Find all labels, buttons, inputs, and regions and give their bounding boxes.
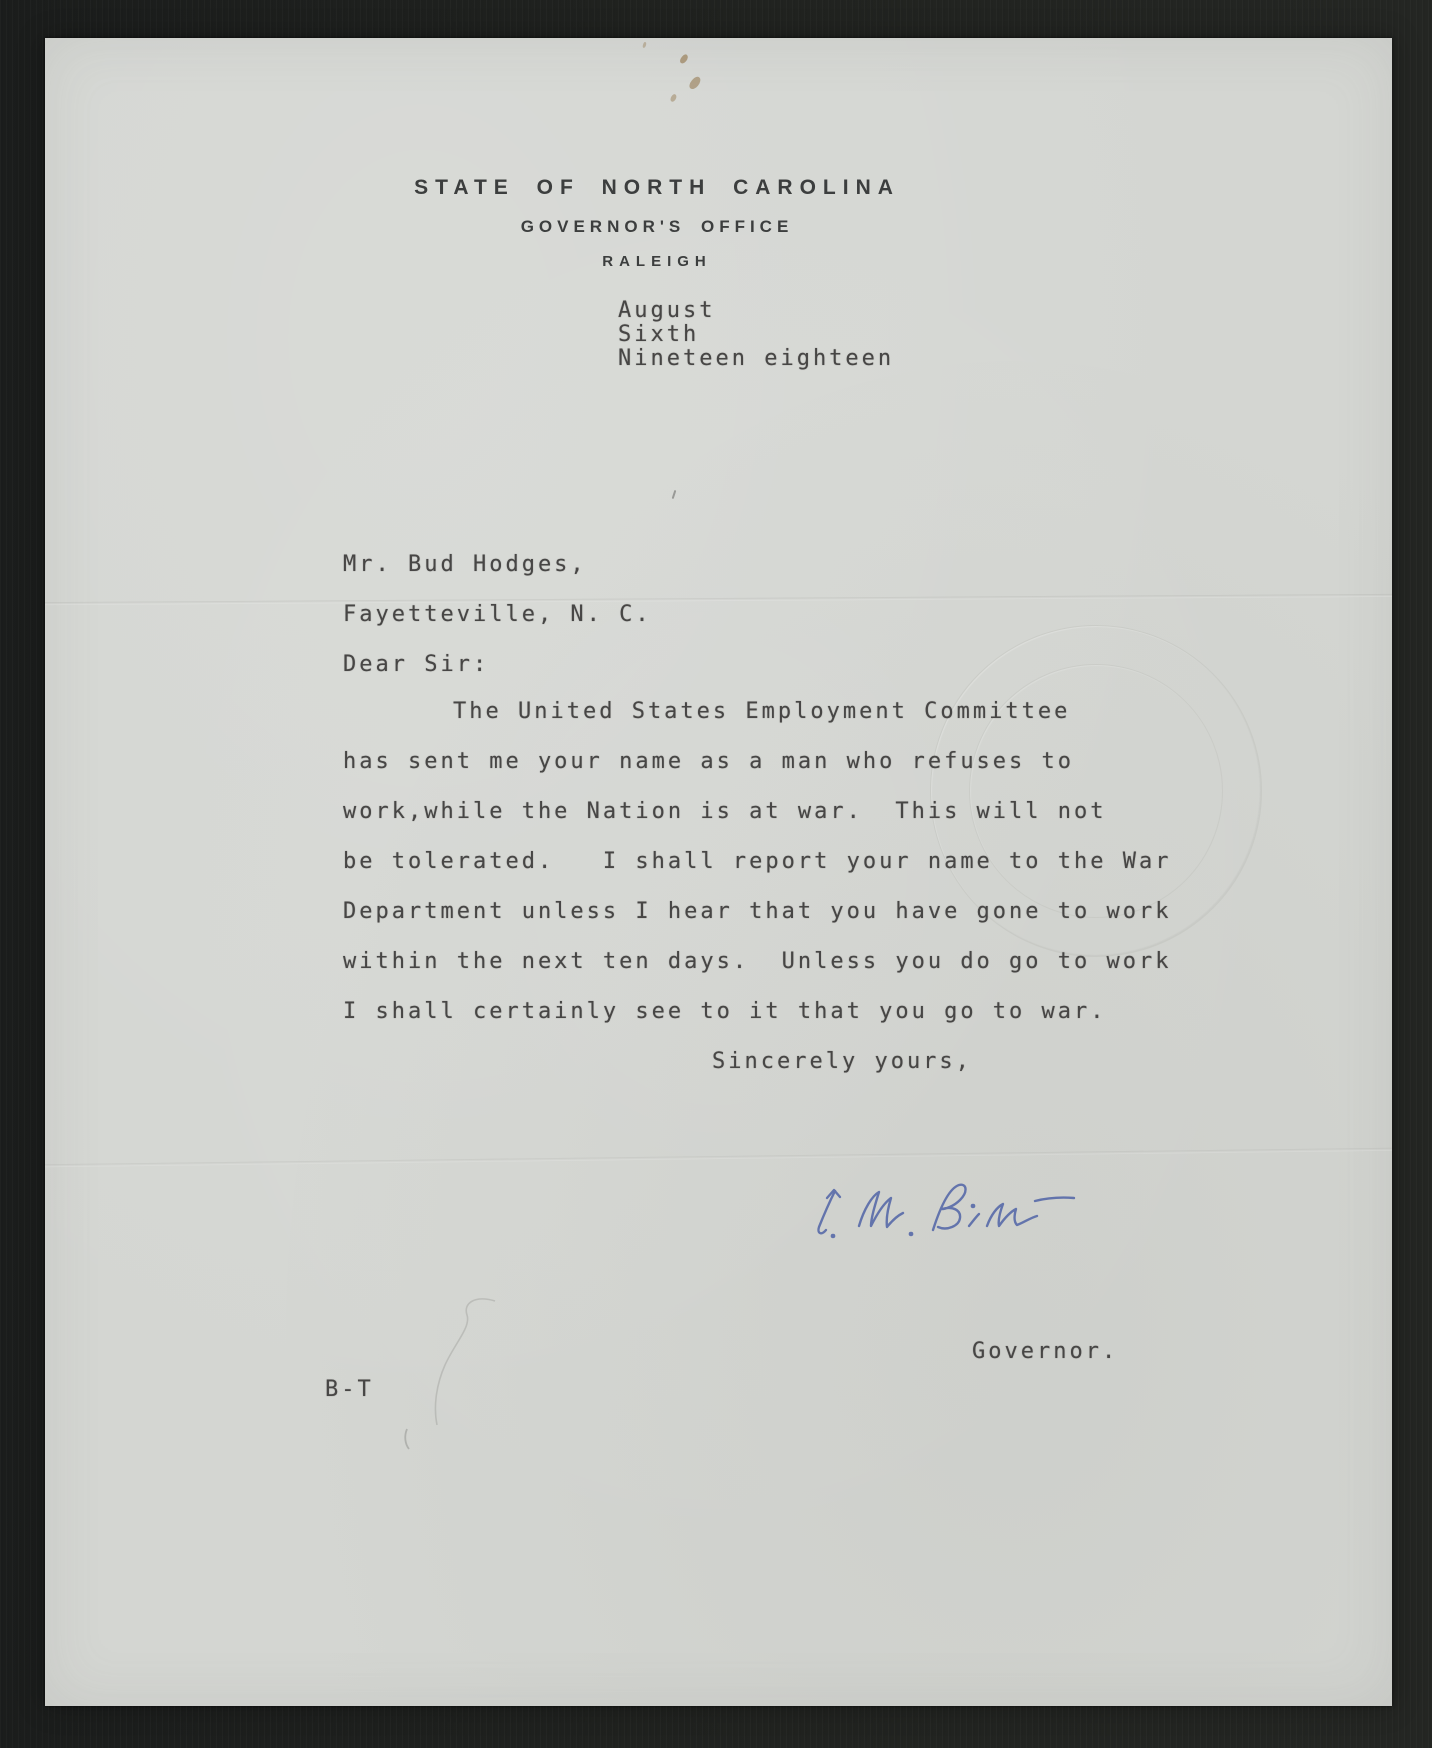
- pencil-smudge: [375, 1293, 515, 1443]
- stray-typewriter-mark: [672, 490, 677, 499]
- body-line: has sent me your name as a man who refus…: [343, 749, 1074, 774]
- pencil-tick: [397, 1426, 417, 1452]
- body-line: Department unless I hear that you have g…: [343, 899, 1172, 924]
- date-day: Sixth: [618, 322, 699, 347]
- governor-signature: [787, 1176, 1087, 1260]
- letter-paper: STATE OF NORTH CAROLINA GOVERNOR'S OFFIC…: [45, 38, 1392, 1706]
- body-line: work,while the Nation is at war. This wi…: [343, 799, 1107, 824]
- recipient-city: Fayetteville, N. C.: [343, 602, 652, 627]
- date-month: August: [618, 298, 715, 323]
- date-block: AugustSixthNineteen eighteen: [618, 299, 894, 371]
- salutation: Dear Sir:: [343, 652, 489, 677]
- typist-initials: B-T: [325, 1377, 374, 1402]
- body-line: The United States Employment Committee: [453, 699, 1070, 724]
- body-line: within the next ten days. Unless you do …: [343, 949, 1172, 974]
- signer-title: Governor.: [972, 1339, 1118, 1364]
- body-line: be tolerated. I shall report your name t…: [343, 849, 1172, 874]
- fold-crease-lower: [45, 1148, 1392, 1167]
- letterhead-city-line: RALEIGH: [0, 253, 1322, 270]
- ink-stain-speck: [642, 42, 647, 49]
- body-line: I shall certainly see to it that you go …: [343, 999, 1107, 1024]
- ink-stain-speck: [669, 93, 677, 102]
- letterhead-office-line: GOVERNOR'S OFFICE: [0, 217, 1322, 237]
- letterhead: STATE OF NORTH CAROLINA GOVERNOR'S OFFIC…: [0, 176, 1322, 270]
- ink-stain-speck: [679, 53, 690, 65]
- recipient-name: Mr. Bud Hodges,: [343, 552, 587, 577]
- ink-stain-speck: [687, 75, 702, 91]
- scanned-letter-image: STATE OF NORTH CAROLINA GOVERNOR'S OFFIC…: [0, 0, 1432, 1748]
- letterhead-state-line: STATE OF NORTH CAROLINA: [0, 176, 1322, 200]
- valediction: Sincerely yours,: [712, 1049, 972, 1074]
- fold-crease-upper: [45, 594, 1392, 605]
- date-year: Nineteen eighteen: [618, 346, 894, 371]
